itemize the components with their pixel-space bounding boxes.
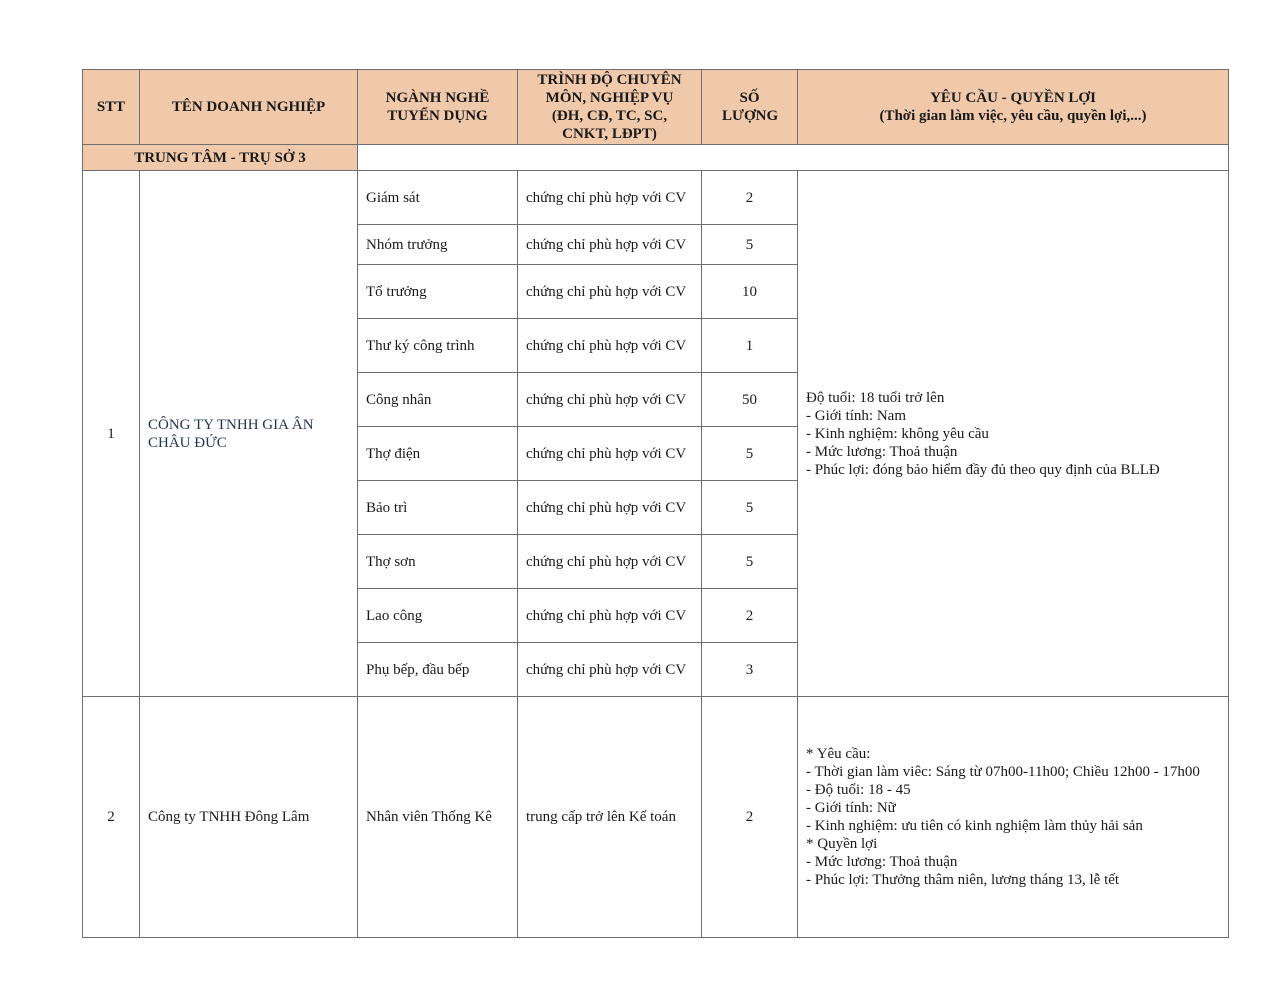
- section-blank: [358, 145, 1229, 171]
- occupation-cell: Công nhân: [358, 373, 518, 427]
- qualification-cell: trung cấp trở lên Kế toán: [518, 697, 702, 938]
- qualification-cell: chứng chỉ phù hợp với CV: [518, 171, 702, 225]
- table-row: 1CÔNG TY TNHH GIA ÂN CHÂU ĐỨCGiám sátchứ…: [83, 171, 1229, 225]
- occupation-cell: Giám sát: [358, 171, 518, 225]
- qualification-cell: chứng chỉ phù hợp với CV: [518, 643, 702, 697]
- quantity-cell: 5: [702, 225, 798, 265]
- qualification-cell: chứng chỉ phù hợp với CV: [518, 225, 702, 265]
- quantity-cell: 5: [702, 481, 798, 535]
- occupation-cell: Phụ bếp, đầu bếp: [358, 643, 518, 697]
- header-qualification: TRÌNH ĐỘ CHUYÊN MÔN, NGHIỆP VỤ (ĐH, CĐ, …: [518, 70, 702, 145]
- qualification-cell: chứng chỉ phù hợp với CV: [518, 427, 702, 481]
- occupation-cell: Lao công: [358, 589, 518, 643]
- company-name: Công ty TNHH Đông Lâm: [140, 697, 358, 938]
- section-label: TRUNG TÂM - TRỤ SỞ 3: [83, 145, 358, 171]
- occupation-cell: Nhóm trưởng: [358, 225, 518, 265]
- quantity-cell: 1: [702, 319, 798, 373]
- quantity-cell: 2: [702, 171, 798, 225]
- qualification-cell: chứng chỉ phù hợp với CV: [518, 535, 702, 589]
- quantity-cell: 5: [702, 535, 798, 589]
- occupation-cell: Thợ sơn: [358, 535, 518, 589]
- header-quantity: SỐ LƯỢNG: [702, 70, 798, 145]
- qualification-cell: chứng chỉ phù hợp với CV: [518, 319, 702, 373]
- quantity-cell: 10: [702, 265, 798, 319]
- occupation-cell: Thư ký công trình: [358, 319, 518, 373]
- quantity-cell: 2: [702, 589, 798, 643]
- requirements-cell: * Yêu cầu: - Thời gian làm viêc: Sáng từ…: [798, 697, 1229, 938]
- qualification-cell: chứng chỉ phù hợp với CV: [518, 265, 702, 319]
- stt-cell: 1: [83, 171, 140, 697]
- occupation-cell: Thợ điện: [358, 427, 518, 481]
- header-requirements: YÊU CẦU - QUYỀN LỢI (Thời gian làm việc,…: [798, 70, 1229, 145]
- quantity-cell: 5: [702, 427, 798, 481]
- recruitment-table: STT TÊN DOANH NGHIỆP NGÀNH NGHỀ TUYỂN DỤ…: [82, 69, 1229, 938]
- header-company: TÊN DOANH NGHIỆP: [140, 70, 358, 145]
- qualification-cell: chứng chỉ phù hợp với CV: [518, 589, 702, 643]
- occupation-cell: Tổ trưởng: [358, 265, 518, 319]
- header-occupation: NGÀNH NGHỀ TUYỂN DỤNG: [358, 70, 518, 145]
- header-row: STT TÊN DOANH NGHIỆP NGÀNH NGHỀ TUYỂN DỤ…: [83, 70, 1229, 145]
- occupation-cell: Bảo trì: [358, 481, 518, 535]
- section-row: TRUNG TÂM - TRỤ SỞ 3: [83, 145, 1229, 171]
- requirements-cell: Độ tuổi: 18 tuổi trở lên - Giới tính: Na…: [798, 171, 1229, 697]
- table-row: 2Công ty TNHH Đông LâmNhân viên Thống Kê…: [83, 697, 1229, 938]
- company-name: CÔNG TY TNHH GIA ÂN CHÂU ĐỨC: [140, 171, 358, 697]
- stt-cell: 2: [83, 697, 140, 938]
- qualification-cell: chứng chỉ phù hợp với CV: [518, 481, 702, 535]
- header-requirements-sub: (Thời gian làm việc, yêu cầu, quyền lợi,…: [802, 107, 1224, 125]
- qualification-cell: chứng chỉ phù hợp với CV: [518, 373, 702, 427]
- quantity-cell: 3: [702, 643, 798, 697]
- occupation-cell: Nhân viên Thống Kê: [358, 697, 518, 938]
- header-requirements-title: YÊU CẦU - QUYỀN LỢI: [802, 89, 1224, 107]
- quantity-cell: 2: [702, 697, 798, 938]
- quantity-cell: 50: [702, 373, 798, 427]
- header-stt: STT: [83, 70, 140, 145]
